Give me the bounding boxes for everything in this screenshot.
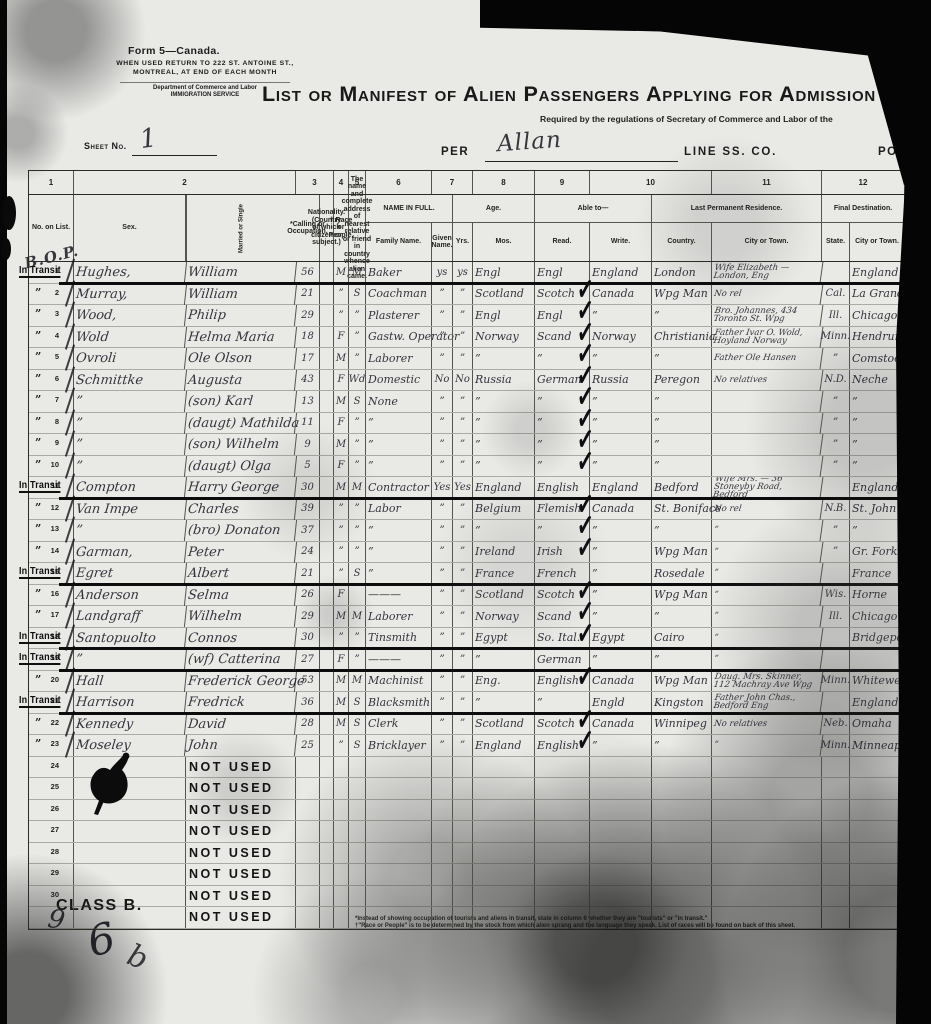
empty-cell [850, 907, 905, 928]
column-number-row: 1 2 3 4 5 6 7 8 9 10 11 12 [29, 171, 908, 195]
residence-country-cell: Egypt✓ [590, 628, 652, 649]
col-num-11: 11 [712, 171, 822, 194]
row-no-cell: In Transit18 [29, 628, 74, 649]
family-name-cell: Wood, [73, 305, 187, 326]
empty-cell [712, 800, 822, 821]
row-no-cell: ”12 [29, 499, 74, 520]
destination-state-cell: ” [822, 413, 850, 434]
age-years-cell: 5 [296, 456, 320, 477]
relative-address-cell: ” [711, 628, 824, 649]
residence-country-cell: ”✓ [590, 348, 652, 369]
empty-cell [652, 886, 712, 907]
relative-address-cell: No relatives [711, 714, 824, 735]
empty-cell [850, 821, 905, 842]
sex-cell: ” [334, 735, 349, 756]
age-years-cell: 28 [296, 714, 320, 735]
residence-country-cell: ”✓ [590, 434, 652, 455]
write-cell: ” [453, 391, 473, 412]
manifest-row-17: ”17LandgraffWilhelm29MMLaborer””NorwaySc… [29, 606, 908, 628]
given-name-cell: Albert [185, 563, 297, 584]
col-num-12: 12 [822, 171, 905, 194]
family-name-cell: Murray, [73, 284, 187, 305]
nationality-cell: ” [473, 456, 535, 477]
ditto-mark: ” [35, 737, 41, 750]
empty-cell [590, 800, 652, 821]
header-married-or-single: Married or Single [186, 195, 296, 261]
row-number: 14 [51, 546, 59, 555]
residence-city-cell: Wpg Man [652, 585, 712, 606]
empty-cell [74, 864, 186, 885]
empty-cell [473, 778, 535, 799]
nationality-cell: Belgium [473, 499, 535, 520]
empty-cell [473, 886, 535, 907]
nationality-cell: Scotland [473, 284, 535, 305]
ditto-mark: ” [35, 393, 41, 406]
write-cell: ” [453, 456, 473, 477]
nationality-cell: Ireland [473, 542, 535, 563]
residence-city-cell: ” [652, 520, 712, 541]
age-months-cell [320, 262, 334, 283]
sex-cell: M [334, 477, 349, 498]
col-num-9: 9 [535, 171, 590, 194]
empty-cell [712, 757, 822, 778]
empty-cell [535, 907, 590, 928]
col-num-2: 2 [74, 171, 296, 194]
age-months-cell [320, 348, 334, 369]
write-cell: ” [453, 284, 473, 305]
empty-cell [535, 800, 590, 821]
write-cell: ” [453, 606, 473, 627]
empty-cell [296, 800, 320, 821]
empty-cell [334, 907, 349, 928]
destination-city-cell: St. John [850, 499, 905, 520]
sheet-no-label: Sheet No. [84, 141, 127, 151]
empty-cell [590, 843, 652, 864]
destination-state-cell: Ill. [822, 606, 850, 627]
age-years-cell: 17 [296, 348, 320, 369]
empty-cell [453, 907, 473, 928]
family-name-cell: Harrison [73, 692, 187, 713]
family-name-cell: Santopuolto [73, 628, 187, 649]
marital-cell: Wd [349, 370, 366, 391]
relative-address-cell: Father Ivar O. Wold, Hoyland Norway [711, 327, 824, 348]
ditto-mark: ” [35, 329, 41, 342]
age-months-cell [320, 284, 334, 305]
empty-cell [432, 800, 453, 821]
empty-cell [366, 800, 432, 821]
residence-country-cell: ”✓ [590, 606, 652, 627]
empty-cell [74, 907, 186, 928]
residence-city-cell: Christiania [652, 327, 712, 348]
empty-cell [349, 907, 366, 928]
destination-state-cell: Minn. [822, 735, 850, 756]
manifest-row-9: ”9”(son) Wilhelm9M”””””””✓””” [29, 434, 908, 456]
residence-country-cell: Engld [590, 692, 652, 713]
empty-cell [334, 886, 349, 907]
empty-cell [366, 864, 432, 885]
not-used-stamp: NOT USED [189, 760, 274, 774]
age-years-cell: 26 [296, 585, 320, 606]
manifest-row-19: In Transit19”(wf) Catterina27F”———”””Ger… [29, 649, 908, 671]
empty-cell [822, 757, 850, 778]
header-age: Age. [453, 195, 535, 223]
row-number: 4 [55, 331, 59, 340]
given-name-cell: (bro) Donaton [185, 520, 297, 541]
row-number: 13 [51, 524, 59, 533]
ditto-mark: ” [35, 608, 41, 621]
age-years-cell: 25 [296, 735, 320, 756]
nationality-cell: ” [473, 434, 535, 455]
read-cell: ” [432, 585, 453, 606]
not-used-stamp: NOT USED [189, 910, 274, 924]
write-cell: ” [453, 585, 473, 606]
read-cell: No [432, 370, 453, 391]
inspection-check-mark: ✓ [576, 527, 594, 566]
destination-city-cell: Bridgeport [850, 628, 905, 649]
write-cell: ” [453, 735, 473, 756]
relative-address-cell [711, 456, 824, 477]
empty-cell [652, 778, 712, 799]
destination-state-cell: Neb. [822, 714, 850, 735]
occupation-cell: ” [366, 563, 432, 584]
empty-cell [296, 757, 320, 778]
row-no-cell: ”14 [29, 542, 74, 563]
empty-cell [349, 886, 366, 907]
marital-cell: ” [349, 327, 366, 348]
ditto-mark: ” [35, 307, 41, 320]
age-months-cell [320, 585, 334, 606]
sex-cell: M [334, 348, 349, 369]
nationality-cell: Egypt [473, 628, 535, 649]
sex-cell: ” [334, 542, 349, 563]
residence-country-cell: ”✓ [590, 542, 652, 563]
empty-cell [473, 757, 535, 778]
occupation-cell: ” [366, 413, 432, 434]
row-number: 25 [51, 782, 59, 791]
residence-city-cell: Cairo [652, 628, 712, 649]
empty-cell [652, 800, 712, 821]
residence-city-cell: Wpg Man [652, 671, 712, 692]
read-cell: ” [432, 671, 453, 692]
occupation-cell: Labor [366, 499, 432, 520]
given-name-cell: William [185, 262, 297, 283]
row-number: 26 [51, 804, 59, 813]
empty-cell [822, 886, 850, 907]
header-age-yrs: Yrs. [453, 223, 473, 261]
empty-cell [74, 886, 186, 907]
empty-cell [296, 778, 320, 799]
inspection-check-mark: ✓ [576, 656, 594, 695]
row-no-cell: ”10 [29, 456, 74, 477]
family-name-cell: ” [73, 434, 187, 455]
family-name-cell: Garman, [73, 542, 187, 563]
age-months-cell [320, 628, 334, 649]
marital-cell: M [349, 477, 366, 498]
ditto-mark: ” [35, 458, 41, 471]
manifest-table: 1 2 3 4 5 6 7 8 9 10 11 12 No. on List. … [28, 170, 909, 930]
destination-state-cell: ” [822, 391, 850, 412]
occupation-cell: Bricklayer [366, 735, 432, 756]
family-name-cell: ” [73, 520, 187, 541]
empty-cell [850, 843, 905, 864]
read-cell: ” [432, 327, 453, 348]
family-name-cell: Hall [73, 671, 187, 692]
relative-address-cell: ” [711, 542, 824, 563]
row-no-cell: 26 [29, 800, 74, 821]
destination-city-cell: Horne [850, 585, 905, 606]
write-cell: ” [453, 649, 473, 670]
destination-city-cell: England [850, 262, 905, 283]
age-years-cell: 13 [296, 391, 320, 412]
age-years-cell: 9 [296, 434, 320, 455]
scan-edge-right [896, 170, 931, 1024]
empty-cell [366, 778, 432, 799]
marital-cell: ” [349, 520, 366, 541]
age-months-cell [320, 714, 334, 735]
age-months-cell [320, 692, 334, 713]
empty-cell [320, 886, 334, 907]
age-months-cell [320, 370, 334, 391]
age-months-cell [320, 563, 334, 584]
in-transit-stamp: In Transit [19, 265, 61, 278]
col-num-3: 3 [296, 171, 334, 194]
row-no-cell: ”3 [29, 305, 74, 326]
age-months-cell [320, 434, 334, 455]
occupation-cell: ” [366, 520, 432, 541]
relative-address-cell: Wife Mrs. — 36 Stoneyby Road, Bedford [711, 477, 824, 498]
relative-address-cell [711, 391, 824, 412]
empty-cell [712, 821, 822, 842]
ditto-mark: ” [35, 436, 41, 449]
residence-country-cell: ”✓ [590, 735, 652, 756]
manifest-row-20: ”20HallFrederick George53MMMachinist””En… [29, 671, 908, 693]
empty-cell [334, 778, 349, 799]
destination-state-cell: ” [822, 456, 850, 477]
empty-cell [366, 886, 432, 907]
empty-cell [850, 886, 905, 907]
empty-cell [320, 843, 334, 864]
not-used-row-28: 28NOT USED [29, 843, 908, 865]
empty-cell [432, 843, 453, 864]
sheet-no-value: 1 [138, 123, 159, 155]
nationality-cell: Engl [473, 262, 535, 283]
destination-city-cell: England [850, 692, 905, 713]
empty-cell [320, 864, 334, 885]
residence-country-cell: Russia✓ [590, 370, 652, 391]
nationality-cell: Eng. [473, 671, 535, 692]
edge-ink-mark-1 [2, 196, 16, 230]
destination-state-cell: ” [822, 348, 850, 369]
sex-cell: ” [334, 628, 349, 649]
residence-country-cell: England [590, 477, 652, 498]
read-cell: ” [432, 714, 453, 735]
relative-address-cell: Wife Elizabeth — London, Eng [711, 262, 824, 283]
given-name-cell: Philip [185, 305, 297, 326]
empty-cell [432, 886, 453, 907]
empty-cell [296, 864, 320, 885]
destination-state-cell [822, 692, 850, 713]
residence-city-cell: ” [652, 606, 712, 627]
empty-cell [334, 757, 349, 778]
empty-cell [453, 886, 473, 907]
family-name-cell: Wold [73, 327, 187, 348]
sex-cell: M [334, 714, 349, 735]
marital-cell: ” [349, 305, 366, 326]
age-years-cell: 43 [296, 370, 320, 391]
destination-city-cell: Gr. Forks [850, 542, 905, 563]
empty-cell [473, 821, 535, 842]
in-transit-stamp: In Transit [19, 566, 61, 579]
empty-cell [453, 778, 473, 799]
read-cell: ” [432, 542, 453, 563]
age-months-cell [320, 456, 334, 477]
empty-cell [349, 800, 366, 821]
manifest-row-5: ”5OvroliOle Olson17M”Laborer”””””✓”Fathe… [29, 348, 908, 370]
empty-cell [590, 907, 652, 928]
row-no-cell: ”13 [29, 520, 74, 541]
empty-cell [74, 821, 186, 842]
ditto-mark: ” [35, 372, 41, 385]
destination-state-cell: N.D. [822, 370, 850, 391]
ditto-mark: ” [35, 415, 41, 428]
manifest-row-6: ”6SchmittkeAugusta43FWdDomesticNoNoRussi… [29, 370, 908, 392]
ship-name-handwritten: Allan [496, 127, 563, 157]
family-name-cell: Landgraff [73, 606, 187, 627]
destination-state-cell: Cal. [822, 284, 850, 305]
empty-cell [296, 886, 320, 907]
nationality-cell: England [473, 477, 535, 498]
destination-state-cell [822, 628, 850, 649]
row-number: 24 [51, 761, 59, 770]
occupation-cell: Coachman [366, 284, 432, 305]
age-years-cell: 30 [296, 628, 320, 649]
write-cell: ” [453, 542, 473, 563]
empty-cell [296, 907, 320, 928]
occupation-cell: Laborer [366, 606, 432, 627]
marital-cell: ” [349, 456, 366, 477]
sex-cell: ” [334, 284, 349, 305]
empty-cell [432, 778, 453, 799]
occupation-cell: ——— [366, 649, 432, 670]
empty-cell [652, 821, 712, 842]
age-months-cell [320, 671, 334, 692]
age-months-cell [320, 735, 334, 756]
manifest-row-1: In Transit1Hughes,William56MMBakerysysEn… [29, 262, 908, 284]
row-number: 8 [55, 417, 59, 426]
manifest-row-14: ”14Garman,Peter24”””””IrelandIrish”✓Wpg … [29, 542, 908, 564]
occupation-cell: Plasterer [366, 305, 432, 326]
dept-line-1: Department of Commerce and Labor [153, 85, 257, 91]
header-res-city: City or Town. [712, 223, 822, 261]
sex-cell: M [334, 262, 349, 283]
given-name-cell: (wf) Catterina [185, 649, 297, 670]
return-address: WHEN USED RETURN TO 222 ST. ANTOINE ST.,… [40, 60, 370, 77]
not-used-row-extra-7: NOT USED [29, 907, 908, 929]
dept-line-2: IMMIGRATION SERVICE [171, 92, 239, 98]
occupation-cell: Domestic [366, 370, 432, 391]
manifest-row-4: ”4WoldHelma Maria18F”Gastw. Operator””No… [29, 327, 908, 349]
destination-state-cell [822, 262, 850, 283]
relative-address-cell: Daug. Mrs. Skinner, 112 Machray Ave Wpg [711, 671, 824, 692]
not-used-row-24: 24NOT USED [29, 757, 908, 779]
occupation-cell: None [366, 391, 432, 412]
row-number: 22 [51, 718, 59, 727]
given-name-cell: Peter [185, 542, 297, 563]
age-months-cell [320, 649, 334, 670]
empty-cell [296, 821, 320, 842]
header-dest-state: State. [822, 223, 850, 261]
empty-cell [535, 843, 590, 864]
given-name-cell: (son) Karl [185, 391, 297, 412]
row-no-cell: 27 [29, 821, 74, 842]
family-name-cell: ” [73, 456, 187, 477]
ship-name-underline [485, 161, 678, 162]
write-cell: ” [453, 305, 473, 326]
inspection-check-mark: ✓ [576, 441, 594, 480]
sex-cell: ” [334, 520, 349, 541]
ditto-mark: ” [35, 673, 41, 686]
header-dest-city: City or Town. [850, 223, 905, 261]
family-name-cell: Anderson [73, 585, 187, 606]
header-row: No. on List. NAME IN FULL. Age. Sex. Mar… [29, 195, 908, 262]
empty-cell [822, 800, 850, 821]
empty-cell [366, 907, 432, 928]
header-sex: Sex. [74, 195, 186, 261]
ditto-mark: ” [35, 544, 41, 557]
age-years-cell: 56 [296, 262, 320, 283]
destination-state-cell [822, 563, 850, 584]
marital-cell: ” [349, 413, 366, 434]
given-name-cell: Charles [185, 499, 297, 520]
row-number: 29 [51, 868, 59, 877]
marital-cell: ” [349, 649, 366, 670]
given-name-cell: (son) Wilhelm [185, 434, 297, 455]
sex-cell: ” [334, 563, 349, 584]
write-cell: ” [453, 327, 473, 348]
col-num-6: 6 [366, 171, 432, 194]
given-name-cell: Fredrick [185, 692, 297, 713]
occupation-cell: ” [366, 542, 432, 563]
read-cell: Yes [432, 477, 453, 498]
not-used-rows: 24NOT USED25NOT USED26NOT USED27NOT USED… [29, 757, 908, 929]
age-years-cell: 21 [296, 563, 320, 584]
age-years-cell: 53 [296, 671, 320, 692]
empty-cell [535, 778, 590, 799]
relative-address-cell: ” [711, 563, 824, 584]
per-label: PER [441, 146, 469, 158]
row-number: 17 [51, 610, 59, 619]
row-number: 28 [51, 847, 59, 856]
destination-city-cell [850, 649, 905, 670]
nationality-cell: ” [473, 520, 535, 541]
relative-address-cell [711, 413, 824, 434]
write-cell: ys [453, 262, 473, 283]
ditto-mark: ” [35, 501, 41, 514]
sex-cell: M [334, 692, 349, 713]
nationality-cell: Scotland [473, 585, 535, 606]
given-name-cell: Helma Maria [185, 327, 297, 348]
given-name-cell: Frederick George [185, 671, 297, 692]
row-number: 16 [51, 589, 59, 598]
empty-cell [712, 907, 822, 928]
manifest-row-12: ”12Van ImpeCharles39””Labor””BelgiumFlem… [29, 499, 908, 521]
manifest-row-21: In Transit21HarrisonFredrick36MSBlacksmi… [29, 692, 908, 714]
residence-city-cell: ” [652, 434, 712, 455]
family-name-cell: Egret [73, 563, 187, 584]
empty-cell [334, 800, 349, 821]
residence-country-cell: Canada✓ [590, 714, 652, 735]
family-name-cell: Compton [73, 477, 187, 498]
